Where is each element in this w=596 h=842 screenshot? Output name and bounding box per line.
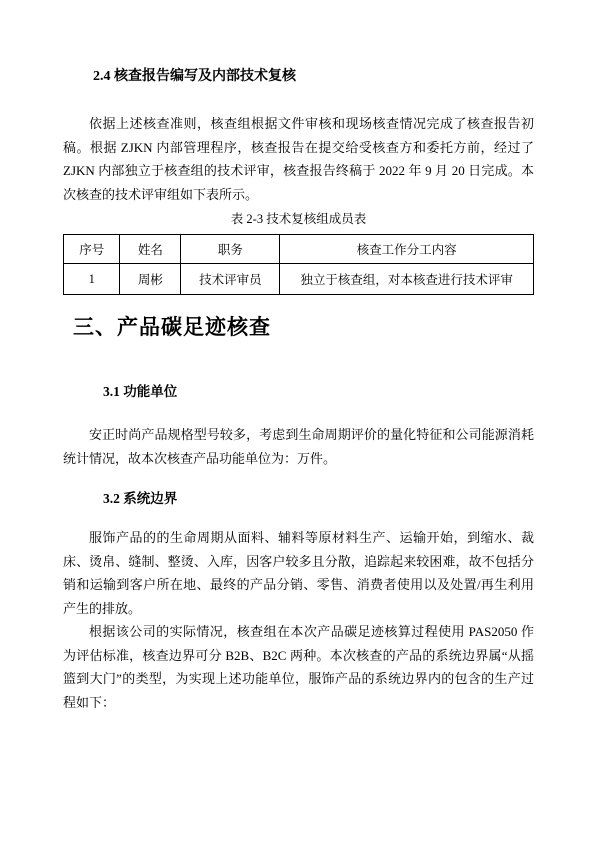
section-heading-2-4: 2.4 核查报告编写及内部技术复核 [93, 68, 534, 86]
table-cell-no: 1 [64, 264, 120, 295]
table-cell-name: 周彬 [120, 264, 181, 295]
table-header-title: 职务 [181, 235, 280, 264]
table-cell-work: 独立于核查组，对本核查进行技术评审 [280, 264, 534, 295]
table-header-work: 核查工作分工内容 [280, 235, 534, 264]
paragraph-2-4: 依据上述核查准则，核查组根据文件审核和现场核查情况完成了核查报告初稿。根据 ZJ… [63, 112, 534, 206]
table-cell-title: 技术评审员 [181, 264, 280, 295]
section-heading-3-2: 3.2 系统边界 [103, 490, 534, 508]
paragraph-3-1: 安正时尚产品规格型号较多，考虑到生命周期评价的量化特征和公司能源消耗统计情况，故… [63, 423, 534, 470]
document-page: 2.4 核查报告编写及内部技术复核 依据上述核查准则，核查组根据文件审核和现场核… [0, 0, 596, 842]
paragraph-3-2-b: 根据该公司的实际情况，核查组在本次产品碳足迹核算过程使用 PAS2050 作为评… [63, 620, 534, 714]
paragraph-3-2-a: 服饰产品的的生命周期从面料、辅料等原材料生产、运输开始，到缩水、裁床、烫帛、缝制… [63, 526, 534, 620]
section-heading-3-1: 3.1 功能单位 [103, 383, 534, 401]
table-row: 1 周彬 技术评审员 独立于核查组，对本核查进行技术评审 [64, 264, 534, 295]
table-caption-2-3: 表 2-3 技术复核组成员表 [63, 210, 534, 228]
members-table: 序号 姓名 职务 核查工作分工内容 1 周彬 技术评审员 独立于核查组，对本核查… [63, 234, 534, 295]
table-header-no: 序号 [64, 235, 120, 264]
chapter-heading-3: 三、产品碳足迹核查 [73, 313, 534, 341]
table-header-name: 姓名 [120, 235, 181, 264]
table-header-row: 序号 姓名 职务 核查工作分工内容 [64, 235, 534, 264]
